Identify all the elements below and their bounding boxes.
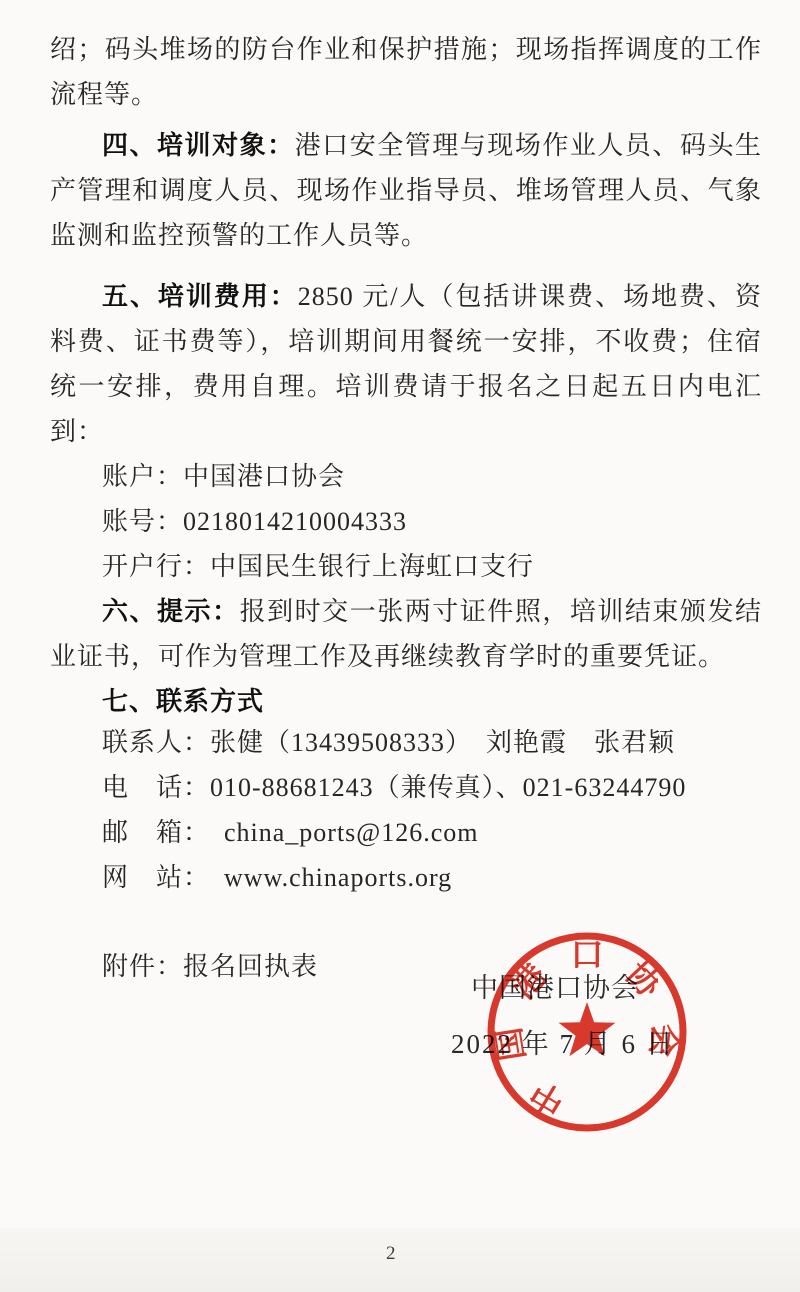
- bank-branch-line: 开户行：中国民生银行上海虹口支行: [50, 544, 762, 589]
- contact-person-line: 联系人：张健（13439508333） 刘艳霞 张君颖: [50, 720, 762, 765]
- section-training-audience: 四、培训对象：港口安全管理与现场作业人员、码头生产管理和调度人员、现场作业指导员…: [50, 123, 762, 258]
- contact-email-line: 邮 箱： china_ports@126.com: [50, 810, 762, 855]
- star-icon: [559, 1002, 616, 1056]
- seal-char: 国: [491, 1025, 533, 1063]
- contact-website-line: 网 站： www.chinaports.org: [50, 855, 762, 900]
- section-7-heading: 七、联系方式: [50, 679, 762, 724]
- section-4-heading: 四、培训对象：: [102, 130, 295, 160]
- official-seal-stamp: 中 国 港 口 协 会: [477, 922, 697, 1142]
- contact-phone-line: 电 话：010-88681243（兼传真）、021-63244790: [50, 765, 762, 810]
- bank-account-number-line: 账号：0218014210004333: [50, 499, 762, 544]
- bank-account-name-line: 账户：中国港口协会: [50, 454, 762, 499]
- page-number: 2: [386, 1243, 396, 1265]
- seal-char: 口: [571, 938, 604, 974]
- section-6-heading: 六、提示：: [102, 596, 240, 626]
- paragraph-continuation: 绍；码头堆场的防台作业和保护措施；现场指挥调度的工作流程等。: [50, 27, 762, 117]
- section-notice: 六、提示：报到时交一张两寸证件照，培训结束颁发结业证书，可作为管理工作及再继续教…: [50, 589, 762, 679]
- scan-shading-band: [0, 1228, 800, 1292]
- seal-char: 港: [504, 957, 554, 1006]
- document-body: 绍；码头堆场的防台作业和保护措施；现场指挥调度的工作流程等。 四、培训对象：港口…: [50, 27, 762, 989]
- seal-char: 会: [643, 1022, 683, 1059]
- seal-char: 中: [524, 1073, 571, 1122]
- document-page: 绍；码头堆场的防台作业和保护措施；现场指挥调度的工作流程等。 四、培训对象：港口…: [0, 0, 800, 1292]
- seal-char: 协: [618, 955, 668, 1005]
- section-training-fee: 五、培训费用：2850 元/人（包括讲课费、场地费、资料费、证书费等），培训期间…: [50, 274, 762, 454]
- section-5-heading: 五、培训费用：: [102, 281, 298, 311]
